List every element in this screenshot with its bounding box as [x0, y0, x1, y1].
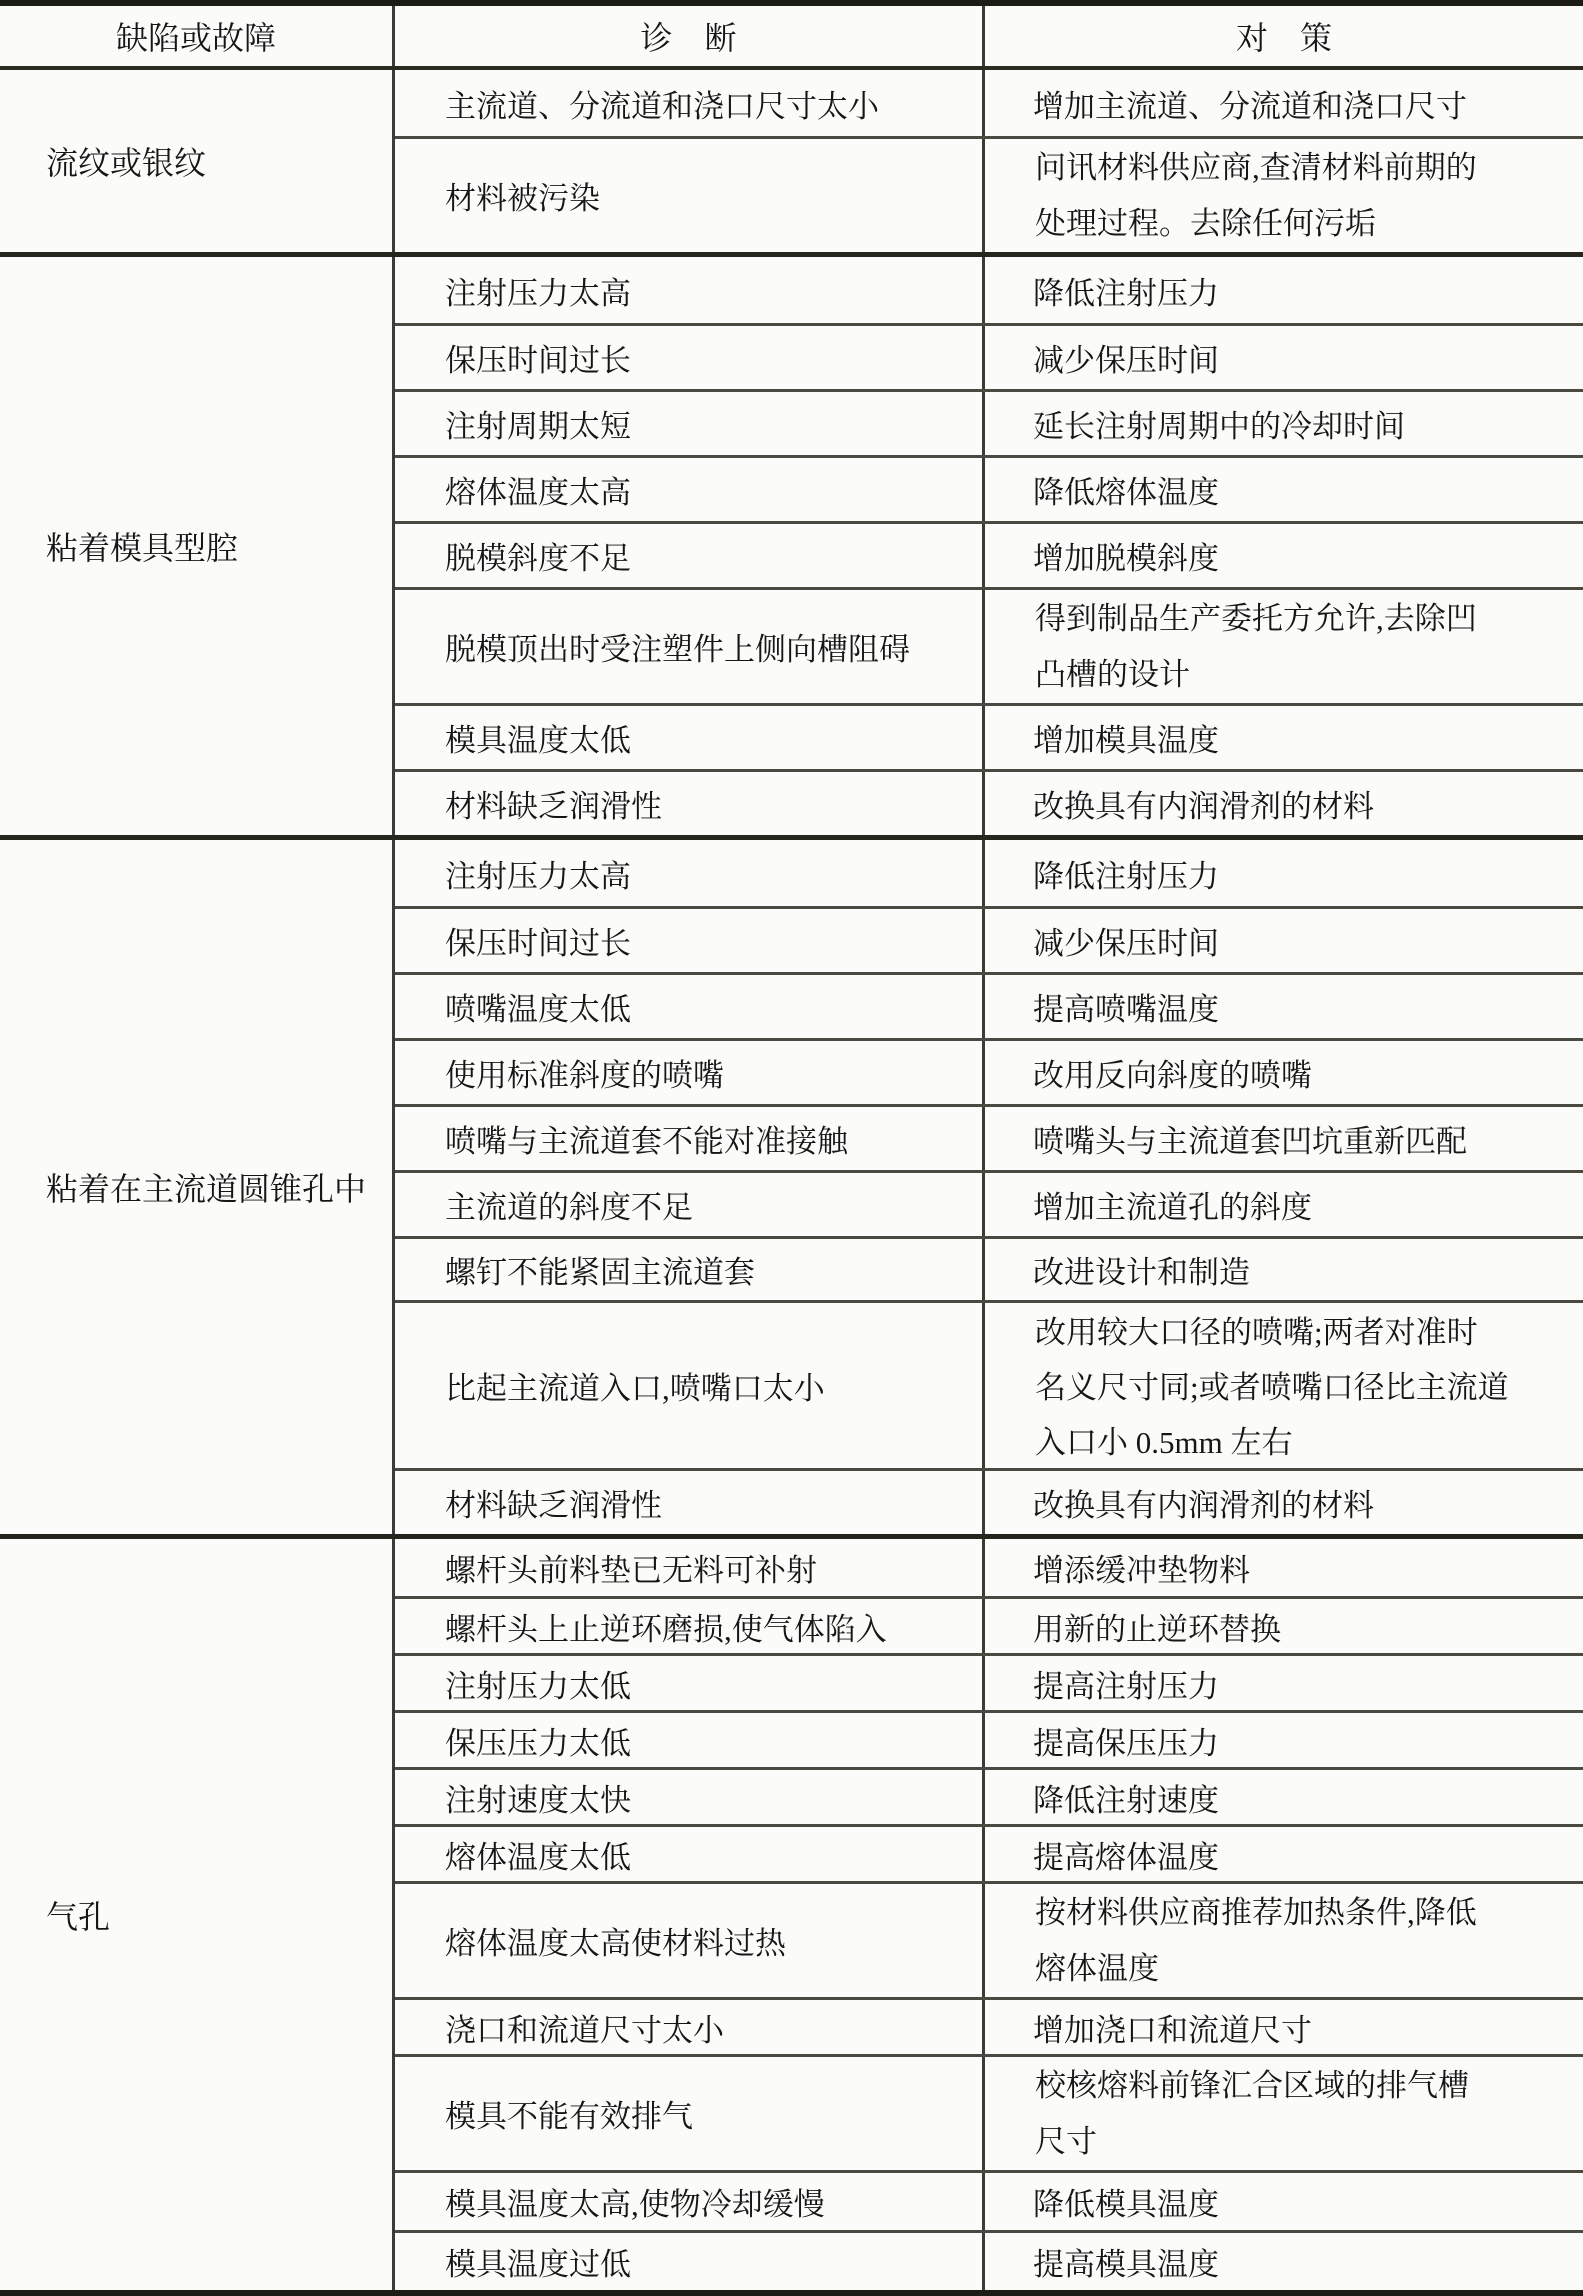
- countermeasure-cell: 降低注射压力: [985, 257, 1583, 323]
- diagnosis-cell: 喷嘴温度太低: [395, 975, 985, 1038]
- diagnosis-cell: 材料缺乏润滑性: [395, 1471, 985, 1534]
- table-row: 注射压力太高 降低注射压力: [395, 840, 1583, 906]
- countermeasure-line: 熔体温度: [1011, 1941, 1567, 1997]
- countermeasure-line: 尺寸: [1011, 2114, 1567, 2170]
- table-row: 材料缺乏润滑性 改换具有内润滑剂的材料: [395, 769, 1583, 835]
- countermeasure-cell: 改用较大口径的喷嘴;两者对准时 名义尺寸同;或者喷嘴口径比主流道 入口小 0.5…: [985, 1303, 1583, 1468]
- section-rows: 主流道、分流道和浇口尺寸太小 增加主流道、分流道和浇口尺寸 材料被污染 问讯材料…: [395, 70, 1583, 252]
- table-row: 使用标准斜度的喷嘴 改用反向斜度的喷嘴: [395, 1038, 1583, 1104]
- countermeasure-line: 凸槽的设计: [1011, 647, 1567, 703]
- countermeasure-cell: 降低模具温度: [985, 2173, 1583, 2230]
- section-rows: 注射压力太高 降低注射压力 保压时间过长 减少保压时间 喷嘴温度太低 提高喷嘴温…: [395, 840, 1583, 1534]
- diagnosis-cell: 熔体温度太低: [395, 1827, 985, 1881]
- diagnosis-cell: 材料缺乏润滑性: [395, 772, 985, 835]
- diagnosis-cell: 注射周期太短: [395, 392, 985, 455]
- table-row: 脱模斜度不足 增加脱模斜度: [395, 521, 1583, 587]
- diagnosis-cell: 主流道的斜度不足: [395, 1173, 985, 1236]
- header-defect: 缺陷或故障: [0, 6, 395, 66]
- table-row: 保压时间过长 减少保压时间: [395, 323, 1583, 389]
- table-row: 螺杆头前料垫已无料可补射 增添缓冲垫物料: [395, 1539, 1583, 1596]
- diagnosis-cell: 螺杆头前料垫已无料可补射: [395, 1539, 985, 1596]
- diagnosis-cell: 螺钉不能紧固主流道套: [395, 1239, 985, 1300]
- countermeasure-cell: 按材料供应商推荐加热条件,降低 熔体温度: [985, 1884, 1583, 1997]
- diagnosis-cell: 注射速度太快: [395, 1770, 985, 1824]
- diagnosis-cell: 喷嘴与主流道套不能对准接触: [395, 1107, 985, 1170]
- defect-cell: 气孔: [0, 1539, 395, 2290]
- diagnosis-cell: 模具温度太低: [395, 706, 985, 769]
- diagnosis-cell: 模具温度太高,使物冷却缓慢: [395, 2173, 985, 2230]
- table-row: 保压时间过长 减少保压时间: [395, 906, 1583, 972]
- countermeasure-line: 按材料供应商推荐加热条件,降低: [1011, 1885, 1567, 1941]
- defect-diagnosis-table: 缺陷或故障 诊 断 对 策 流纹或银纹 主流道、分流道和浇口尺寸太小 增加主流道…: [0, 0, 1583, 2296]
- diagnosis-cell: 注射压力太低: [395, 1656, 985, 1710]
- countermeasure-cell: 减少保压时间: [985, 326, 1583, 389]
- countermeasure-cell: 增添缓冲垫物料: [985, 1539, 1583, 1596]
- countermeasure-cell: 延长注射周期中的冷却时间: [985, 392, 1583, 455]
- countermeasure-cell: 得到制品生产委托方允许,去除凹 凸槽的设计: [985, 590, 1583, 703]
- diagnosis-cell: 浇口和流道尺寸太小: [395, 2000, 985, 2054]
- table-header-row: 缺陷或故障 诊 断 对 策: [0, 6, 1583, 70]
- countermeasure-cell: 提高保压压力: [985, 1713, 1583, 1767]
- diagnosis-cell: 使用标准斜度的喷嘴: [395, 1041, 985, 1104]
- countermeasure-cell: 喷嘴头与主流道套凹坑重新匹配: [985, 1107, 1583, 1170]
- countermeasure-cell: 减少保压时间: [985, 909, 1583, 972]
- diagnosis-cell: 脱模顶出时受注塑件上侧向槽阻碍: [395, 590, 985, 703]
- section-flow-marks: 流纹或银纹 主流道、分流道和浇口尺寸太小 增加主流道、分流道和浇口尺寸 材料被污…: [0, 70, 1583, 257]
- diagnosis-cell: 模具温度过低: [395, 2233, 985, 2290]
- table-row: 模具温度太高,使物冷却缓慢 降低模具温度: [395, 2170, 1583, 2230]
- section-rows: 注射压力太高 降低注射压力 保压时间过长 减少保压时间 注射周期太短 延长注射周…: [395, 257, 1583, 835]
- diagnosis-cell: 主流道、分流道和浇口尺寸太小: [395, 70, 985, 136]
- countermeasure-cell: 改换具有内润滑剂的材料: [985, 772, 1583, 835]
- table-row: 主流道的斜度不足 增加主流道孔的斜度: [395, 1170, 1583, 1236]
- table-row: 材料被污染 问讯材料供应商,查清材料前期的 处理过程。去除任何污垢: [395, 136, 1583, 252]
- countermeasure-cell: 提高模具温度: [985, 2233, 1583, 2290]
- diagnosis-cell: 熔体温度太高使材料过热: [395, 1884, 985, 1997]
- table-row: 材料缺乏润滑性 改换具有内润滑剂的材料: [395, 1468, 1583, 1534]
- table-row: 模具不能有效排气 校核熔料前锋汇合区域的排气槽 尺寸: [395, 2054, 1583, 2170]
- diagnosis-cell: 材料被污染: [395, 139, 985, 252]
- diagnosis-cell: 熔体温度太高: [395, 458, 985, 521]
- table-row: 注射周期太短 延长注射周期中的冷却时间: [395, 389, 1583, 455]
- countermeasure-cell: 改进设计和制造: [985, 1239, 1583, 1300]
- countermeasure-line: 处理过程。去除任何污垢: [1011, 196, 1567, 252]
- countermeasure-line: 名义尺寸同;或者喷嘴口径比主流道: [1011, 1360, 1567, 1415]
- countermeasure-cell: 用新的止逆环替换: [985, 1599, 1583, 1653]
- header-countermeasure: 对 策: [985, 6, 1583, 66]
- countermeasure-cell: 提高熔体温度: [985, 1827, 1583, 1881]
- table-row: 注射速度太快 降低注射速度: [395, 1767, 1583, 1824]
- countermeasure-cell: 提高注射压力: [985, 1656, 1583, 1710]
- countermeasure-cell: 降低注射速度: [985, 1770, 1583, 1824]
- defect-cell: 粘着在主流道圆锥孔中: [0, 840, 395, 1534]
- diagnosis-cell: 比起主流道入口,喷嘴口太小: [395, 1303, 985, 1468]
- diagnosis-cell: 螺杆头上止逆环磨损,使气体陷入: [395, 1599, 985, 1653]
- table-row: 螺杆头上止逆环磨损,使气体陷入 用新的止逆环替换: [395, 1596, 1583, 1653]
- countermeasure-cell: 增加主流道、分流道和浇口尺寸: [985, 70, 1583, 136]
- table-row: 主流道、分流道和浇口尺寸太小 增加主流道、分流道和浇口尺寸: [395, 70, 1583, 136]
- countermeasure-line: 校核熔料前锋汇合区域的排气槽: [1011, 2058, 1567, 2114]
- defect-cell: 流纹或银纹: [0, 70, 395, 252]
- countermeasure-line: 问讯材料供应商,查清材料前期的: [1011, 140, 1567, 196]
- countermeasure-cell: 校核熔料前锋汇合区域的排气槽 尺寸: [985, 2057, 1583, 2170]
- section-sticking-sprue: 粘着在主流道圆锥孔中 注射压力太高 降低注射压力 保压时间过长 减少保压时间 喷…: [0, 840, 1583, 1539]
- countermeasure-line: 改用较大口径的喷嘴;两者对准时: [1011, 1305, 1567, 1360]
- table-row: 螺钉不能紧固主流道套 改进设计和制造: [395, 1236, 1583, 1300]
- countermeasure-cell: 降低注射压力: [985, 840, 1583, 906]
- diagnosis-cell: 脱模斜度不足: [395, 524, 985, 587]
- table-row: 喷嘴与主流道套不能对准接触 喷嘴头与主流道套凹坑重新匹配: [395, 1104, 1583, 1170]
- table-row: 熔体温度太高使材料过热 按材料供应商推荐加热条件,降低 熔体温度: [395, 1881, 1583, 1997]
- countermeasure-cell: 增加浇口和流道尺寸: [985, 2000, 1583, 2054]
- defect-cell: 粘着模具型腔: [0, 257, 395, 835]
- countermeasure-line: 得到制品生产委托方允许,去除凹: [1011, 591, 1567, 647]
- countermeasure-cell: 降低熔体温度: [985, 458, 1583, 521]
- section-sticking-cavity: 粘着模具型腔 注射压力太高 降低注射压力 保压时间过长 减少保压时间 注射周期太…: [0, 257, 1583, 840]
- table-row: 模具温度过低 提高模具温度: [395, 2230, 1583, 2290]
- table-row: 注射压力太低 提高注射压力: [395, 1653, 1583, 1710]
- diagnosis-cell: 模具不能有效排气: [395, 2057, 985, 2170]
- table-row: 浇口和流道尺寸太小 增加浇口和流道尺寸: [395, 1997, 1583, 2054]
- header-diagnosis: 诊 断: [395, 6, 985, 66]
- table-row: 熔体温度太高 降低熔体温度: [395, 455, 1583, 521]
- diagnosis-cell: 保压时间过长: [395, 909, 985, 972]
- diagnosis-cell: 注射压力太高: [395, 840, 985, 906]
- table-row: 比起主流道入口,喷嘴口太小 改用较大口径的喷嘴;两者对准时 名义尺寸同;或者喷嘴…: [395, 1300, 1583, 1468]
- countermeasure-cell: 提高喷嘴温度: [985, 975, 1583, 1038]
- countermeasure-cell: 改用反向斜度的喷嘴: [985, 1041, 1583, 1104]
- countermeasure-cell: 改换具有内润滑剂的材料: [985, 1471, 1583, 1534]
- table-row: 注射压力太高 降低注射压力: [395, 257, 1583, 323]
- table-row: 脱模顶出时受注塑件上侧向槽阻碍 得到制品生产委托方允许,去除凹 凸槽的设计: [395, 587, 1583, 703]
- table-row: 熔体温度太低 提高熔体温度: [395, 1824, 1583, 1881]
- countermeasure-cell: 问讯材料供应商,查清材料前期的 处理过程。去除任何污垢: [985, 139, 1583, 252]
- table-row: 喷嘴温度太低 提高喷嘴温度: [395, 972, 1583, 1038]
- section-rows: 螺杆头前料垫已无料可补射 增添缓冲垫物料 螺杆头上止逆环磨损,使气体陷入 用新的…: [395, 1539, 1583, 2290]
- countermeasure-cell: 增加模具温度: [985, 706, 1583, 769]
- diagnosis-cell: 保压压力太低: [395, 1713, 985, 1767]
- table-row: 模具温度太低 增加模具温度: [395, 703, 1583, 769]
- diagnosis-cell: 保压时间过长: [395, 326, 985, 389]
- diagnosis-cell: 注射压力太高: [395, 257, 985, 323]
- countermeasure-line: 入口小 0.5mm 左右: [1011, 1415, 1567, 1470]
- countermeasure-cell: 增加主流道孔的斜度: [985, 1173, 1583, 1236]
- countermeasure-cell: 增加脱模斜度: [985, 524, 1583, 587]
- section-voids: 气孔 螺杆头前料垫已无料可补射 增添缓冲垫物料 螺杆头上止逆环磨损,使气体陷入 …: [0, 1539, 1583, 2290]
- table-row: 保压压力太低 提高保压压力: [395, 1710, 1583, 1767]
